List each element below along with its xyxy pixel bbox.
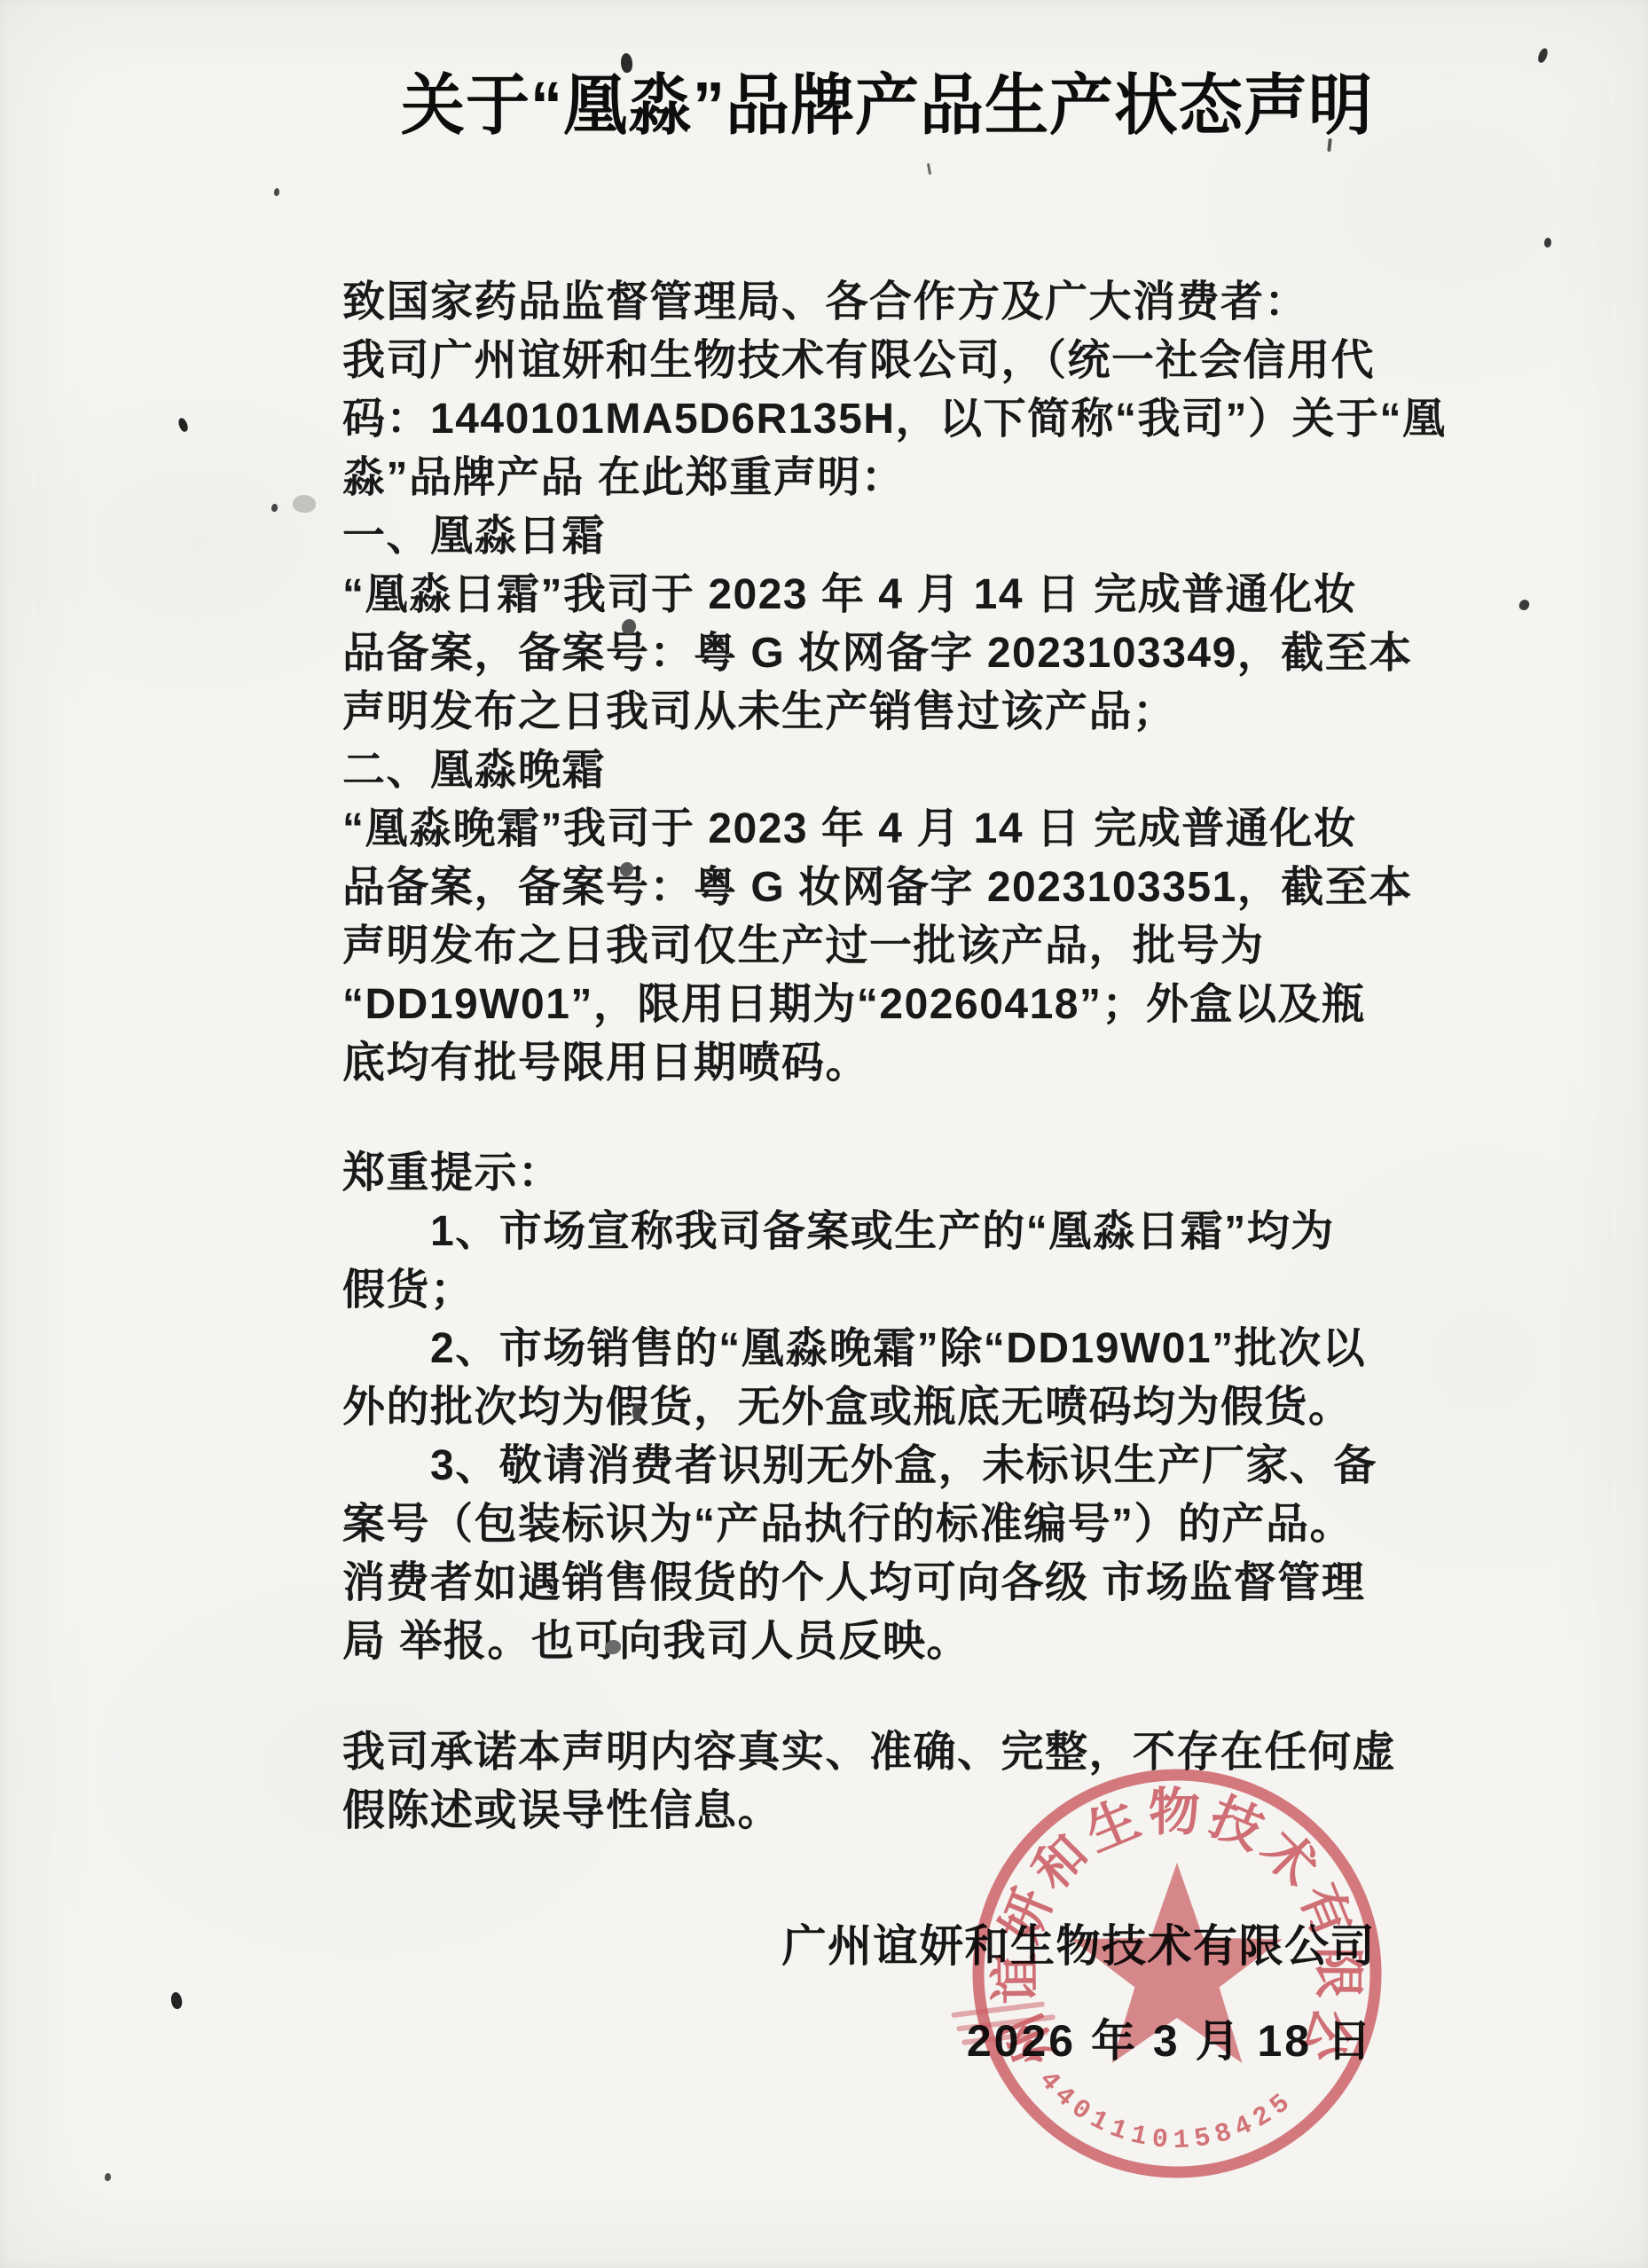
- scan-speck: [169, 1991, 184, 2010]
- scan-speck: [927, 163, 931, 175]
- body-line: 郑重提示：: [342, 1144, 1442, 1203]
- body-line: 声明发布之日我司仅生产过一批该产品，批号为: [342, 917, 1442, 976]
- scan-speck: [291, 493, 317, 514]
- body-line: 一、凰淼日霜: [342, 507, 1442, 566]
- body-line: “凰淼晚霜”我司于 2023 年 4 月 14 日 完成普通化妆: [342, 800, 1442, 859]
- body-line: 2、市场销售的“凰淼晚霜”除“DD19W01”批次以: [342, 1320, 1442, 1378]
- body-line: 品备案，备案号：粤 G 妆网备字 2023103349，截至本: [342, 624, 1442, 683]
- body-line: 我司广州谊妍和生物技术有限公司，（统一社会信用代: [342, 332, 1442, 390]
- body-line: 码：1440101MA5D6R135H，以下简称“我司”）关于“凰: [342, 390, 1442, 449]
- body-line: “凰淼日霜”我司于 2023 年 4 月 14 日 完成普通化妆: [342, 566, 1442, 624]
- seal-graphic: 广州谊妍和生物技术有限公司 4401110158425: [969, 1765, 1385, 2182]
- body-line: 致国家药品监督管理局、各合作方及广大消费者：: [342, 273, 1442, 332]
- body-line: 3、敬请消费者识别无外盒，未标识生产厂家、备: [342, 1437, 1442, 1495]
- scan-speck: [105, 2173, 111, 2181]
- company-seal-stamp: 广州谊妍和生物技术有限公司 4401110158425: [969, 1765, 1385, 2182]
- scan-speck: [274, 188, 279, 196]
- scan-speck: [177, 417, 190, 433]
- body-line: 消费者如遇销售假货的个人均可向各级 市场监督管理: [342, 1554, 1442, 1613]
- body-line: “DD19W01”，限用日期为“20260418”；外盒以及瓶: [342, 976, 1442, 1034]
- body-line: 外的批次均为假货，无外盒或瓶底无喷码均为假货。: [342, 1378, 1442, 1437]
- scan-speck: [271, 504, 278, 512]
- body-line: 淼”品牌产品 在此郑重声明：: [342, 449, 1442, 507]
- notice-block: 郑重提示： 1、市场宣称我司备案或生产的“凰淼日霜”均为假货； 2、市场销售的“…: [342, 1144, 1442, 1671]
- scan-speck: [1518, 598, 1530, 611]
- body-line: 局 举报。也可向我司人员反映。: [342, 1613, 1442, 1671]
- body-line: 声明发布之日我司从未生产销售过该产品；: [342, 683, 1442, 742]
- statement-body-block: 致国家药品监督管理局、各合作方及广大消费者：我司广州谊妍和生物技术有限公司，（统…: [342, 273, 1442, 1093]
- body-line: 1、市场宣称我司备案或生产的“凰淼日霜”均为: [342, 1203, 1442, 1261]
- body-line: 案号（包装标识为“产品执行的标准编号”）的产品。: [342, 1495, 1442, 1554]
- scan-speck: [1537, 47, 1550, 64]
- body-line: 二、凰淼晚霜: [342, 742, 1442, 800]
- document-title: 关于“凰淼”品牌产品生产状态声明: [401, 67, 1373, 145]
- seal-star-icon: [1071, 1863, 1283, 2063]
- body-line: 底均有批号限用日期喷码。: [342, 1034, 1442, 1093]
- scan-speck: [1544, 238, 1551, 247]
- body-line: 品备案，备案号：粤 G 妆网备字 2023103351，截至本: [342, 859, 1442, 917]
- scanned-statement-page: 关于“凰淼”品牌产品生产状态声明 致国家药品监督管理局、各合作方及广大消费者：我…: [0, 0, 1648, 2268]
- body-line: 假货；: [342, 1261, 1442, 1320]
